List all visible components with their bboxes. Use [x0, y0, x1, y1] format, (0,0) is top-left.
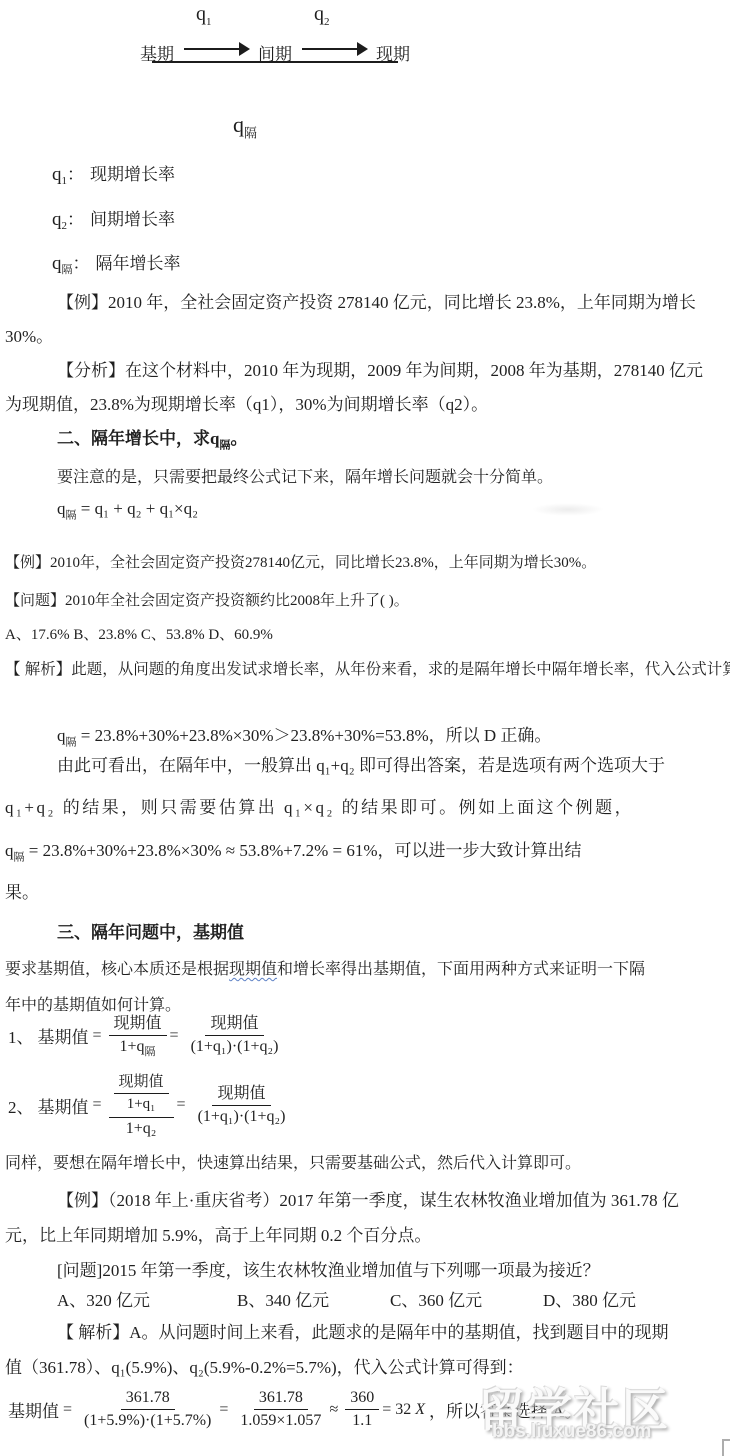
option-d: D、380 亿元 — [543, 1286, 636, 1311]
nested-fraction: 现期值 1+q₁ 1+q₂ — [109, 1072, 174, 1139]
formula-q: q — [57, 499, 66, 518]
calc-q: q — [57, 726, 66, 745]
fraction-numerator: 360 — [345, 1388, 379, 1410]
page-corner-artifact — [722, 1439, 730, 1456]
def-desc: 隔年增长率 — [96, 254, 181, 273]
rate1-subscript: 1 — [206, 16, 212, 28]
equals-sign: = — [63, 1401, 72, 1419]
formula-index: 1、 — [8, 1023, 34, 1048]
example2018-question: [问题]2015 年第一季度，该生农林牧渔业增加值与下列哪一项最为接近？ — [57, 1256, 600, 1281]
fraction: 现期值 (1+q₁)·(1+q₂) — [186, 1014, 284, 1057]
equals-sign: = — [93, 1096, 102, 1114]
watermark-url: bbs.liuxue86.com — [492, 1421, 651, 1443]
formula-q-subscript: 隔 — [66, 509, 77, 521]
analysis2018-line1: 【 解析】A。从问题时间上来看，此题求的是隔年中的基期值，找到题目中的现期 — [57, 1318, 669, 1343]
interval-growth-formula: q隔 = q₁ + q₂ + q₁×q₂ — [57, 499, 198, 519]
den-subscript: 隔 — [145, 1046, 156, 1058]
quiz2010-example-line: 【例】2010年，全社会固定资产投资278140亿元，同比增长23.8%，上年同… — [5, 551, 596, 572]
document-page: q1 q2 基期 间期 现期 q隔 q1：现期增长率 q2：间期增长率 q隔：隔… — [0, 0, 730, 1456]
base-value-formula-1: 1、 基期值 = 现期值 1+q隔 = 现期值 (1+q₁)·(1+q₂) — [8, 1014, 286, 1057]
formula-lhs: 基期值 — [8, 1397, 59, 1422]
option-c: C、360 亿元 — [390, 1286, 482, 1311]
heading-period: 。 — [230, 429, 247, 448]
observation-line3: q隔 = 23.8%+30%+23.8%×30% ≈ 53.8%+7.2% = … — [5, 836, 581, 861]
inner-denominator: 1+q₁ — [122, 1094, 161, 1114]
spellcheck-squiggle-text: 现期值 — [229, 961, 277, 978]
option-a: A、320 亿元 — [57, 1286, 150, 1311]
fraction-denominator: 1.059×1.057 — [235, 1410, 326, 1431]
scan-smudge — [532, 503, 604, 516]
calc-q-subscript: 隔 — [66, 736, 77, 748]
def-base: q — [52, 253, 62, 274]
equals-sign: = — [219, 1401, 228, 1419]
heading-q-subscript: 隔 — [219, 439, 230, 451]
fraction-numerator: 现期值 — [212, 1084, 270, 1106]
formula-lhs: 基期值 — [38, 1023, 89, 1048]
para-text: 和增长率得出基期值，下面用两种方式来证明一下隔 — [277, 961, 645, 978]
diagram-rate2-label: q2 — [314, 3, 330, 26]
observation-line1: 由此可看出，在隔年中，一般算出 q₁+q₂ 即可得出答案，若是选项有两个选项大于 — [57, 751, 665, 776]
section3-heading: 三、隔年问题中，基期值 — [57, 918, 244, 943]
observation-line2: q₁+q₂ 的结果，则只需要估算出 q₁×q₂ 的结果即可。例如上面这个例题， — [5, 793, 634, 818]
option-b: B、340 亿元 — [237, 1286, 329, 1311]
variable-x: X — [415, 1401, 425, 1419]
example1-line1: 【例】2010 年，全社会固定资产投资 278140 亿元，同比增长 23.8%… — [57, 288, 696, 313]
inner-fraction: 现期值 1+q₁ — [114, 1073, 169, 1114]
analysis1-line2: 为现期值，23.8%为现期增长率（q1），30%为间期增长率（q2）。 — [5, 390, 488, 415]
fraction-numerator: 361.78 — [121, 1388, 175, 1410]
definition-item-q1: q1：现期增长率 — [52, 160, 175, 186]
def-desc: 现期增长率 — [90, 165, 175, 184]
inner-numerator: 现期值 — [114, 1073, 169, 1094]
base-value-formula-2: 2、 基期值 = 现期值 1+q₁ 1+q₂ = 现期值 (1+q₁)·(1+q… — [8, 1072, 293, 1139]
interval-rate-label: q隔 — [233, 112, 257, 138]
equals-sign: = — [93, 1027, 102, 1045]
def-base: q — [52, 164, 62, 185]
def-desc: 间期增长率 — [90, 210, 175, 229]
interval-subscript: 隔 — [244, 125, 257, 140]
fraction-denominator: 1+q₂ — [121, 1118, 162, 1139]
heading-text: 二、隔年增长中，求 — [57, 429, 210, 448]
def-base: q — [52, 209, 62, 230]
observation-line4: 果。 — [5, 878, 39, 903]
arrow-right-icon — [302, 48, 366, 50]
def-colon: ： — [67, 165, 84, 184]
obs-expression: = 23.8%+30%+23.8%×30% ≈ 53.8%+7.2% = 61%… — [25, 841, 582, 860]
interval-base: q — [233, 112, 244, 137]
example2018-line2: 元，比上年同期增加 5.9%，高于上年同期 0.2 个百分点。 — [5, 1221, 431, 1246]
fraction-numerator: 现期值 — [109, 1014, 167, 1036]
fraction: 360 1.1 — [345, 1388, 379, 1431]
equals-sign: = — [177, 1096, 186, 1114]
calc-expression: = 23.8%+30%+23.8%×30%＞23.8%+30%=53.8%，所以… — [77, 726, 552, 745]
diagram-rate1-label: q1 — [196, 3, 212, 26]
section3-para-line1: 要求基期值，核心本质还是根据现期值和增长率得出基期值，下面用两种方式来证明一下隔 — [5, 956, 645, 979]
quiz2010-options-line: A、17.6% B、23.8% C、53.8% D、60.9% — [5, 623, 273, 644]
formula-expression: = q₁ + q₂ + q₁×q₂ — [77, 499, 199, 518]
rate2-base: q — [314, 3, 324, 25]
den-text: 1+q — [120, 1038, 145, 1055]
fraction-denominator: 1+q隔 — [115, 1036, 161, 1057]
obs-q-subscript: 隔 — [14, 851, 25, 863]
section3-para-line2: 年中的基期值如何计算。 — [5, 992, 181, 1015]
analysis1-line1: 【分析】在这个材料中，2010 年为现期，2009 年为间期，2008 年为基期… — [57, 356, 703, 381]
section2-heading: 二、隔年增长中，求q隔。 — [57, 424, 247, 449]
fraction-denominator: 1.1 — [347, 1410, 377, 1431]
diagram-underline — [152, 61, 398, 63]
formula-index: 2、 — [8, 1093, 34, 1118]
rate2-subscript: 2 — [324, 16, 330, 28]
fraction-numerator: 现期值 — [205, 1014, 263, 1036]
def-colon: ： — [73, 254, 90, 273]
def-subscript: 隔 — [62, 264, 73, 276]
analysis2018-line2: 值（361.78）、q₁(5.9%)、q₂(5.9%-0.2%=5.7%)，代入… — [5, 1353, 524, 1378]
para-text: 要求基期值，核心本质还是根据 — [5, 961, 229, 978]
arrow-right-icon — [184, 48, 248, 50]
rate1-base: q — [196, 3, 206, 25]
fraction-denominator: (1+q₁)·(1+q₂) — [186, 1036, 284, 1057]
fraction-denominator: (1+q₁)·(1+q₂) — [193, 1106, 291, 1127]
approx-sign: ≈ — [329, 1401, 338, 1419]
definition-item-qge: q隔：隔年增长率 — [52, 249, 181, 275]
fraction-numerator: 361.78 — [254, 1388, 308, 1410]
obs-q: q — [5, 841, 14, 860]
example1-line2: 30%。 — [5, 322, 53, 347]
fraction: 361.78 (1+5.9%)·(1+5.7%) — [79, 1388, 216, 1431]
equals-result: = 32 — [382, 1401, 411, 1419]
analysis2010-calculation: q隔 = 23.8%+30%+23.8%×30%＞23.8%+30%=53.8%… — [57, 721, 551, 746]
analysis2010-intro: 【 解析】此题，从问题的角度出发试求增长率，从年份来看，求的是隔年增长中隔年增长… — [5, 657, 730, 679]
fraction: 现期值 (1+q₁)·(1+q₂) — [193, 1084, 291, 1127]
section2-tip: 要注意的是，只需要把最终公式记下来，隔年增长问题就会十分简单。 — [57, 464, 553, 487]
formula-lhs: 基期值 — [38, 1093, 89, 1118]
definition-item-q2: q2：间期增长率 — [52, 205, 175, 231]
fraction-denominator: (1+5.9%)·(1+5.7%) — [79, 1410, 216, 1431]
quiz2010-question-line: 【问题】2010年全社会固定资产投资额约比2008年上升了( )。 — [5, 589, 409, 610]
fraction: 现期值 1+q隔 — [109, 1014, 167, 1057]
example2018-line1: 【例】（2018 年上·重庆省考）2017 年第一季度，谋生农林牧渔业增加值为 … — [57, 1186, 679, 1211]
same-method-line: 同样，要想在隔年增长中，快速算出结果，只需要基础公式，然后代入计算即可。 — [5, 1150, 581, 1173]
fraction-numerator: 现期值 1+q₁ — [109, 1072, 174, 1118]
equals-sign: = — [170, 1027, 179, 1045]
fraction: 361.78 1.059×1.057 — [235, 1388, 326, 1431]
def-colon: ： — [67, 210, 84, 229]
